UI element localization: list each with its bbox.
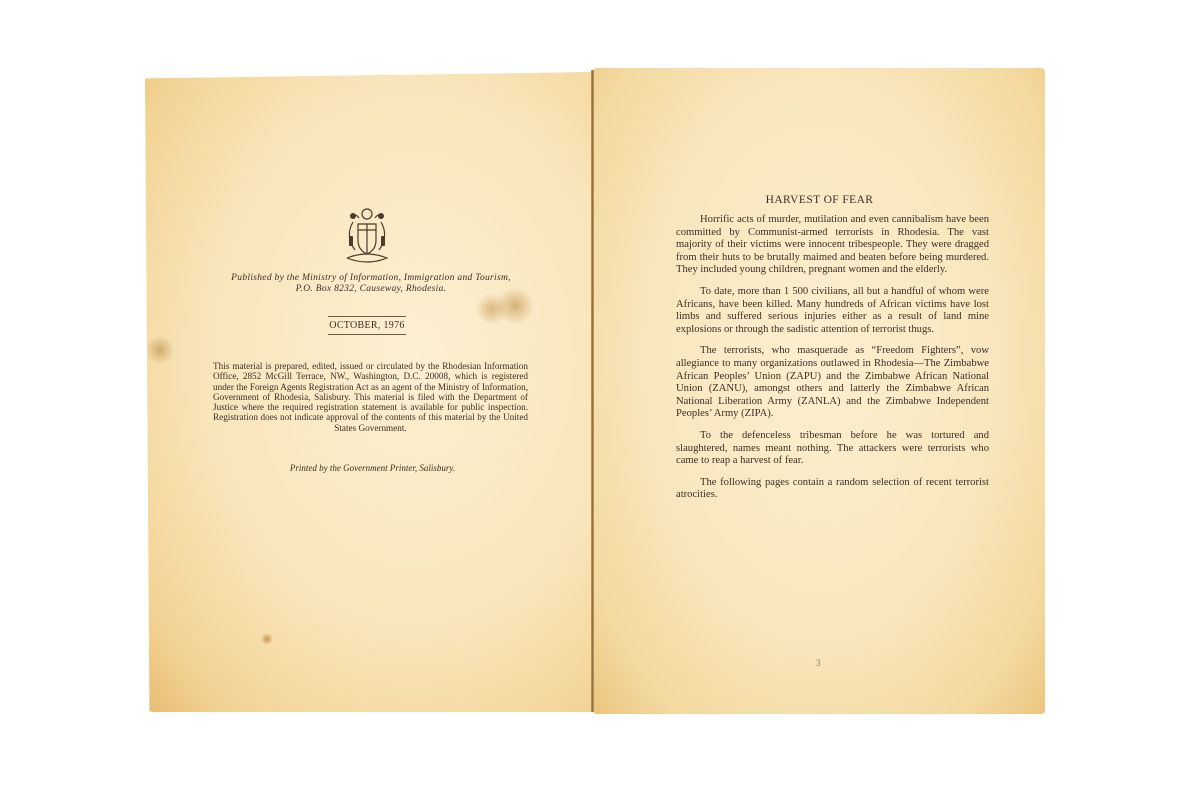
left-page: Published by the Ministry of Information…: [145, 72, 592, 712]
paragraph: Horrific acts of murder, mutilation and …: [676, 214, 989, 277]
stain-mark: [495, 288, 535, 324]
stain-mark: [147, 334, 173, 366]
coat-of-arms-icon: [341, 206, 393, 268]
printer-credit: Printed by the Government Printer, Salis…: [225, 463, 520, 473]
article-title: HARVEST OF FEAR: [594, 194, 1045, 206]
paragraph: To the defenceless tribesman before he w…: [676, 430, 989, 468]
foreign-agents-disclaimer: This material is prepared, edited, issue…: [213, 361, 528, 433]
publisher-info: Published by the Ministry of Information…: [207, 273, 535, 295]
right-page: HARVEST OF FEAR Horrific acts of murder,…: [594, 68, 1045, 714]
page-number: 3: [816, 658, 821, 668]
paragraph: To date, more than 1 500 civilians, all …: [676, 286, 989, 336]
article-body: Horrific acts of murder, mutilation and …: [676, 214, 989, 511]
publisher-line-2: P.O. Box 8232, Causeway, Rhodesia.: [207, 284, 535, 295]
paragraph: The terrorists, who masquerade as “Freed…: [676, 345, 989, 421]
stain-mark: [261, 634, 273, 644]
publication-date: OCTOBER, 1976: [328, 316, 406, 335]
paragraph: The following pages contain a random sel…: [676, 477, 989, 502]
publisher-line-1: Published by the Ministry of Information…: [207, 273, 535, 284]
